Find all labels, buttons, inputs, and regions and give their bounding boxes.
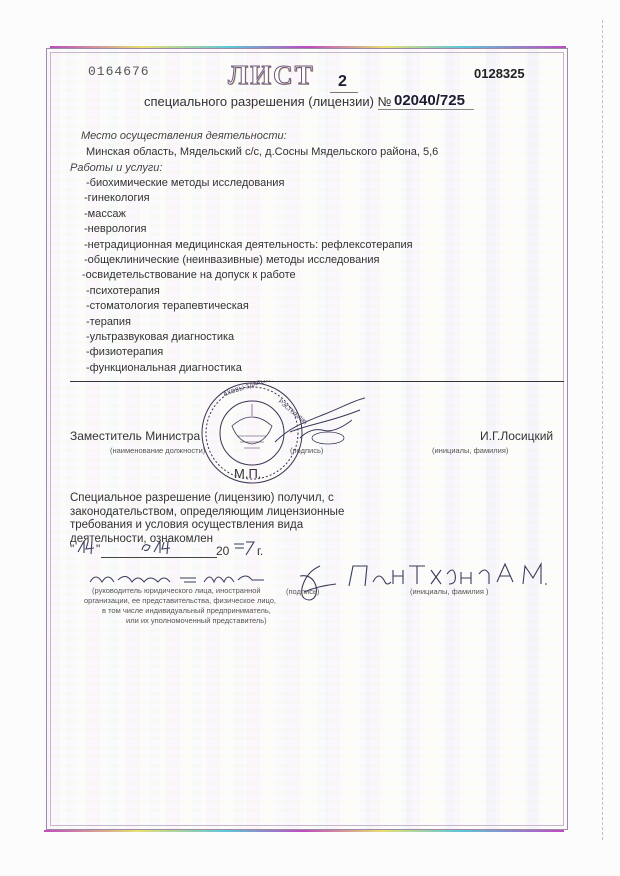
list-item: -неврология <box>72 222 413 237</box>
caption-line: или их уполномоченный представитель) <box>126 616 276 626</box>
list-item: -освидетельствование на допуск к работе <box>72 268 413 283</box>
list-item: -биохимические методы исследования <box>72 176 413 191</box>
list-item: -терапия <box>72 315 413 330</box>
license-number: 02040/725 <box>394 92 465 109</box>
signatory-position: Заместитель Министра <box>70 429 200 443</box>
serial-number-right: 0128325 <box>474 66 525 81</box>
list-item: -массаж <box>72 207 413 222</box>
receipt-statement: Специальное разрешение (лицензию) получи… <box>70 492 360 546</box>
sheet-number-underline <box>330 92 358 93</box>
works-list: -биохимические методы исследования -гине… <box>72 176 413 376</box>
stamp-mark: М.П. <box>234 466 261 481</box>
caption-recipient: (руководитель юридического лица, иностра… <box>92 586 276 626</box>
receipt-line: Специальное разрешение (лицензию) получи… <box>70 492 360 506</box>
date-day-open-quote: " <box>70 542 74 556</box>
list-item: -стоматология терапевтическая <box>72 299 413 314</box>
caption-line: (руководитель юридического лица, иностра… <box>92 586 276 596</box>
caption-signature: (подпись) <box>290 446 323 455</box>
document-title: ЛИСТ <box>228 60 315 91</box>
receipt-line: требования и условия осуществления вида <box>70 519 360 533</box>
list-item: -нетрадиционная медицинская деятельность… <box>72 238 413 253</box>
list-item: -гинекология <box>72 191 413 206</box>
caption-recipient-signature: (подпись) <box>286 587 319 596</box>
date-suffix: г. <box>257 544 263 558</box>
caption-recipient-initials: (инициалы, фамилия ) <box>410 587 489 596</box>
list-item: -функциональная диагностика <box>72 361 413 376</box>
caption-initials: (инициалы, фамилия) <box>432 446 508 455</box>
list-item: -общеклинические (неинвазивные) методы и… <box>72 253 413 268</box>
list-item: -ультразвуковая диагностика <box>72 330 413 345</box>
serial-number-left: 0164676 <box>88 64 150 79</box>
paper-edge <box>602 20 604 840</box>
date-day-close-quote: " <box>96 542 100 556</box>
place-value: Минская область, Мядельский с/с, д.Сосны… <box>86 146 438 158</box>
border-bottom-rainbow <box>44 830 564 832</box>
caption-line: организации, ее представительства, физич… <box>84 596 276 606</box>
license-number-underline <box>378 109 474 110</box>
document-subtitle: специального разрешения (лицензии) № <box>144 94 392 109</box>
place-label: Место осуществления деятельности: <box>81 130 287 142</box>
section-divider <box>70 381 564 382</box>
receipt-line: законодательством, определяющим лицензио… <box>70 506 360 520</box>
receipt-line: деятельности, ознакомлен <box>70 533 360 547</box>
date-underline <box>101 557 217 558</box>
caption-position: (наименование должности) <box>110 446 205 455</box>
date-year-prefix: 20 <box>216 544 229 558</box>
signatory-name: И.Г.Лосицкий <box>480 429 553 443</box>
list-item: -психотерапия <box>72 284 413 299</box>
sheet-number: 2 <box>338 73 347 91</box>
caption-line: в том числе индивидуальный предпринимате… <box>102 606 276 616</box>
list-item: -физиотерапия <box>72 345 413 360</box>
works-label: Работы и услуги: <box>70 162 162 174</box>
